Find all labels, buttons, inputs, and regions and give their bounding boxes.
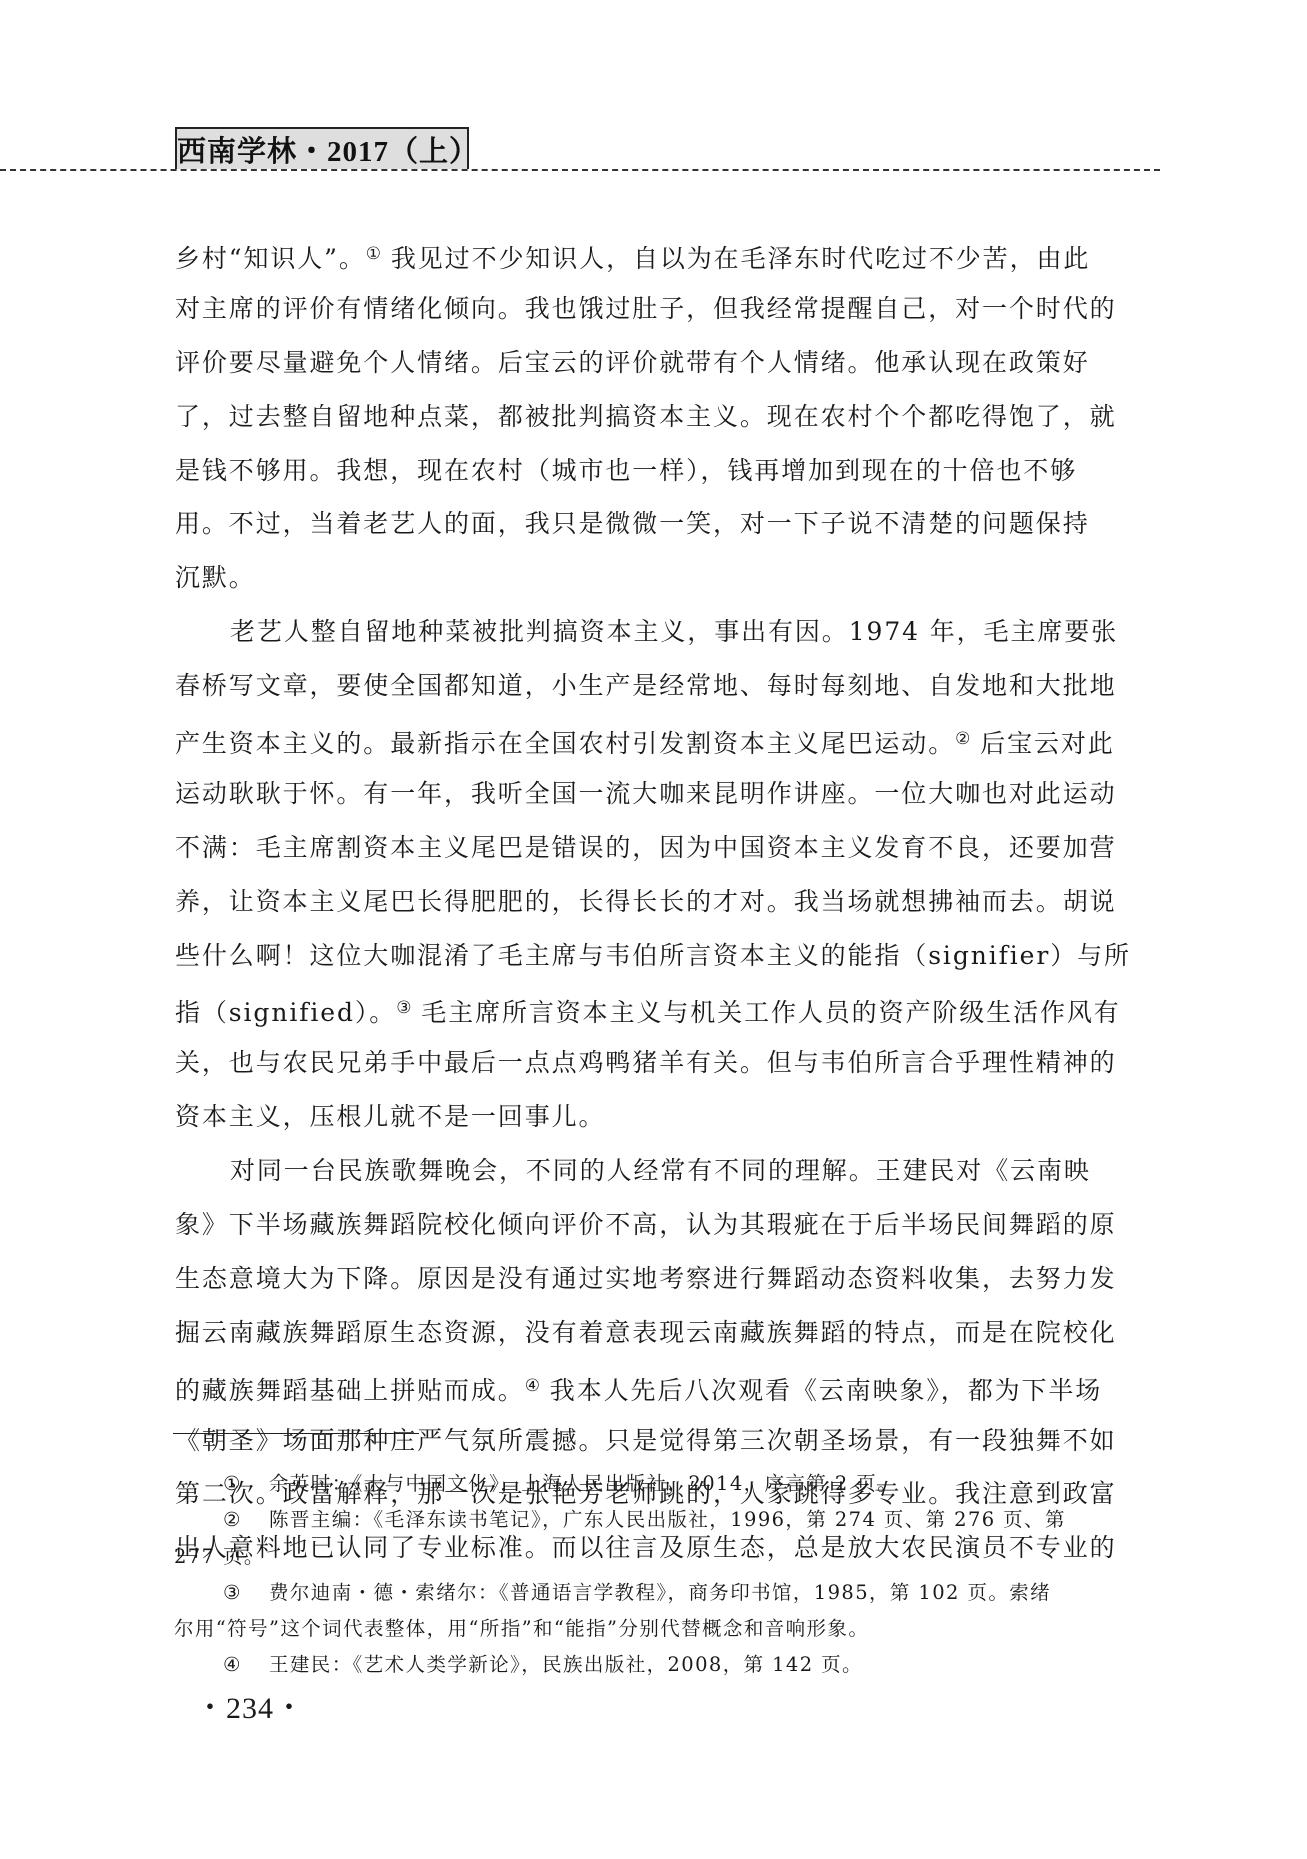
body-line: 的藏族舞蹈基础上拼贴而成。④ 我本人先后八次观看《云南映象》，都为下半场 — [175, 1360, 1158, 1414]
body-line-text: 对主席的评价有情绪化倾向。我也饿过肚子，但我经常提醒自己，对一个时代的 — [175, 294, 1117, 323]
body-line-text: 《朝圣》场面那种庄严气氛所震撼。只是觉得第三次朝圣场景，有一段独舞不如 — [175, 1426, 1117, 1455]
footnote-text: 王建民：《艺术人类学新论》，民族出版社，2008，第 142 页。 — [269, 1653, 863, 1676]
footnote-line: ①余英时：《士与中国文化》，上海人民出版社，2014，序言第 2 页。 — [174, 1466, 1159, 1502]
footnote-text: 277 页。 — [174, 1545, 265, 1568]
page-number: ・234・ — [195, 1683, 305, 1727]
body-line: 不满：毛主席割资本主义尾巴是错误的，因为中国资本主义发育不良，还要加营 — [175, 821, 1158, 875]
body-line-text: 是钱不够用。我想，现在农村（城市也一样），钱再增加到现在的十倍也不够 — [175, 456, 1077, 485]
body-line: 老艺人整自留地种菜被批判搞资本主义，事出有因。1974 年，毛主席要张 — [175, 605, 1158, 659]
footnote-text: 费尔迪南・德・索绪尔：《普通语言学教程》，商务印书馆，1985，第 102 页。… — [269, 1581, 1051, 1604]
body-line-text: 对同一台民族歌舞晚会，不同的人经常有不同的理解。王建民对《云南映 — [230, 1156, 1091, 1185]
body-line-text: 资本主义，压根儿就不是一回事儿。 — [175, 1102, 605, 1131]
body-line: 资本主义，压根儿就不是一回事儿。 — [175, 1090, 1158, 1144]
body-line: 掘云南藏族舞蹈原生态资源，没有着意表现云南藏族舞蹈的特点，而是在院校化 — [175, 1306, 1158, 1360]
footnote-number: ④ — [223, 1647, 269, 1683]
body-line: 象》下半场藏族舞蹈院校化倾向评价不高，认为其瑕疵在于后半场民间舞蹈的原 — [175, 1198, 1158, 1252]
footnote-number: ① — [223, 1466, 269, 1502]
body-line: 对主席的评价有情绪化倾向。我也饿过肚子，但我经常提醒自己，对一个时代的 — [175, 282, 1158, 336]
body-line-text: 毛主席所言资本主义与机关工作人员的资产阶级生活作风有 — [411, 998, 1120, 1027]
body-line: 评价要尽量避免个人情绪。后宝云的评价就带有个人情绪。他承认现在政策好 — [175, 336, 1158, 390]
body-line-text: 的藏族舞蹈基础上拼贴而成。 — [175, 1376, 525, 1405]
body-line-text: 了，过去整自留地种点菜，都被批判搞资本主义。现在农村个个都吃得饱了，就 — [175, 402, 1117, 431]
body-line-text: 我见过不少知识人，自以为在毛泽东时代吃过不少苦，由此 — [381, 244, 1090, 273]
body-line-text: 我本人先后八次观看《云南映象》，都为下半场 — [540, 1376, 1102, 1405]
footnote-line: ④王建民：《艺术人类学新论》，民族出版社，2008，第 142 页。 — [174, 1647, 1159, 1683]
footnote-divider — [173, 1433, 419, 1434]
body-line-text: 不满：毛主席割资本主义尾巴是错误的，因为中国资本主义发育不良，还要加营 — [175, 833, 1117, 862]
body-line: 沉默。 — [175, 551, 1158, 605]
footnote-line: 277 页。 — [174, 1539, 1159, 1575]
body-line: 指（signified）。③ 毛主席所言资本主义与机关工作人员的资产阶级生活作风… — [175, 982, 1158, 1036]
footnote-text: 余英时：《士与中国文化》，上海人民出版社，2014，序言第 2 页。 — [269, 1472, 898, 1495]
body-line: 关，也与农民兄弟手中最后一点点鸡鸭猪羊有关。但与韦伯所言合乎理性精神的 — [175, 1036, 1158, 1090]
footnote-number: ③ — [223, 1575, 269, 1611]
body-line-text: 乡村“知识人”。 — [175, 244, 366, 273]
footnote-line: 尔用“符号”这个词代表整体，用“所指”和“能指”分别代替概念和音响形象。 — [174, 1611, 1159, 1647]
footnote-reference[interactable]: ④ — [525, 1376, 540, 1396]
body-line-text: 评价要尽量避免个人情绪。后宝云的评价就带有个人情绪。他承认现在政策好 — [175, 348, 1090, 377]
body-line-text: 关，也与农民兄弟手中最后一点点鸡鸭猪羊有关。但与韦伯所言合乎理性精神的 — [175, 1048, 1117, 1077]
body-line-text: 些什么啊！这位大咖混淆了毛主席与韦伯所言资本主义的能指（signifier）与所 — [175, 941, 1131, 970]
body-line-text: 沉默。 — [175, 563, 256, 592]
body-line: 用。不过，当着老艺人的面，我只是微微一笑，对一下子说不清楚的问题保持 — [175, 497, 1158, 551]
body-line: 春桥写文章，要使全国都知道，小生产是经常地、每时每刻地、自发地和大批地 — [175, 659, 1158, 713]
footnote-line: ③费尔迪南・德・索绪尔：《普通语言学教程》，商务印书馆，1985，第 102 页… — [174, 1575, 1159, 1611]
header-dashed-divider — [0, 169, 1160, 171]
body-line-text: 生态意境大为下降。原因是没有通过实地考察进行舞蹈动态资料收集，去努力发 — [175, 1264, 1117, 1293]
body-line-text: 老艺人整自留地种菜被批判搞资本主义，事出有因。1974 年，毛主席要张 — [230, 617, 1118, 646]
body-line-text: 养，让资本主义尾巴长得肥肥的，长得长长的才对。我当场就想拂袖而去。胡说 — [175, 887, 1117, 916]
body-line: 了，过去整自留地种点菜，都被批判搞资本主义。现在农村个个都吃得饱了，就 — [175, 390, 1158, 444]
body-line: 《朝圣》场面那种庄严气氛所震撼。只是觉得第三次朝圣场景，有一段独舞不如 — [175, 1414, 1158, 1468]
footnote-text: 陈晋主编：《毛泽东读书笔记》，广东人民出版社，1996，第 274 页、第 27… — [269, 1508, 1066, 1531]
footnote-reference[interactable]: ② — [955, 729, 970, 749]
body-line-text: 用。不过，当着老艺人的面，我只是微微一笑，对一下子说不清楚的问题保持 — [175, 509, 1090, 538]
running-head: 西南学林・2017（上） — [0, 127, 1160, 171]
body-line-text: 象》下半场藏族舞蹈院校化倾向评价不高，认为其瑕疵在于后半场民间舞蹈的原 — [175, 1210, 1117, 1239]
body-line-text: 春桥写文章，要使全国都知道，小生产是经常地、每时每刻地、自发地和大批地 — [175, 671, 1117, 700]
footnote-reference[interactable]: ① — [366, 244, 381, 264]
footnote-text: 尔用“符号”这个词代表整体，用“所指”和“能指”分别代替概念和音响形象。 — [174, 1617, 869, 1640]
body-line-text: 掘云南藏族舞蹈原生态资源，没有着意表现云南藏族舞蹈的特点，而是在院校化 — [175, 1318, 1117, 1347]
footnote-number: ② — [223, 1502, 269, 1538]
body-line: 产生资本主义的。最新指示在全国农村引发割资本主义尾巴运动。② 后宝云对此 — [175, 713, 1158, 767]
body-line-text: 产生资本主义的。最新指示在全国农村引发割资本主义尾巴运动。 — [175, 729, 955, 758]
footnote-reference[interactable]: ③ — [396, 998, 411, 1018]
body-line: 对同一台民族歌舞晚会，不同的人经常有不同的理解。王建民对《云南映 — [175, 1144, 1158, 1198]
body-line: 乡村“知识人”。① 我见过不少知识人，自以为在毛泽东时代吃过不少苦，由此 — [175, 228, 1158, 282]
body-line: 运动耿耿于怀。有一年，我听全国一流大咖来昆明作讲座。一位大咖也对此运动 — [175, 767, 1158, 821]
journal-title: 西南学林・2017（上） — [177, 129, 467, 170]
body-line: 是钱不够用。我想，现在农村（城市也一样），钱再增加到现在的十倍也不够 — [175, 444, 1158, 498]
body-text: 乡村“知识人”。① 我见过不少知识人，自以为在毛泽东时代吃过不少苦，由此对主席的… — [175, 228, 1158, 1575]
body-line: 养，让资本主义尾巴长得肥肥的，长得长长的才对。我当场就想拂袖而去。胡说 — [175, 875, 1158, 929]
body-line: 些什么啊！这位大咖混淆了毛主席与韦伯所言资本主义的能指（signifier）与所 — [175, 929, 1158, 983]
footnotes: ①余英时：《士与中国文化》，上海人民出版社，2014，序言第 2 页。②陈晋主编… — [174, 1466, 1159, 1684]
journal-title-box: 西南学林・2017（上） — [175, 127, 469, 169]
body-line-text: 指（signified）。 — [175, 998, 396, 1027]
body-line-text: 运动耿耿于怀。有一年，我听全国一流大咖来昆明作讲座。一位大咖也对此运动 — [175, 779, 1117, 808]
body-line: 生态意境大为下降。原因是没有通过实地考察进行舞蹈动态资料收集，去努力发 — [175, 1252, 1158, 1306]
footnote-line: ②陈晋主编：《毛泽东读书笔记》，广东人民出版社，1996，第 274 页、第 2… — [174, 1502, 1159, 1538]
body-line-text: 后宝云对此 — [970, 729, 1114, 758]
